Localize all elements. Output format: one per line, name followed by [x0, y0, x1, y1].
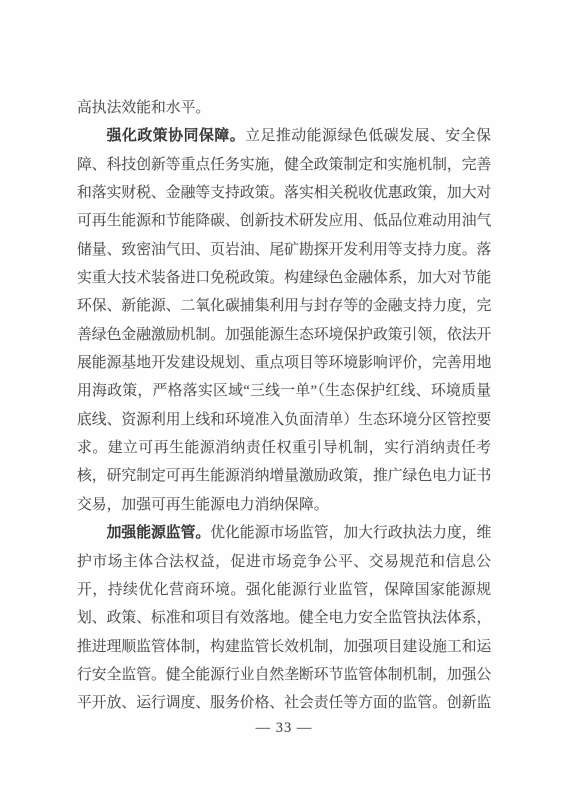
- page-number: — 33 —: [77, 719, 491, 737]
- paragraph-lead: 加强能源监管。: [107, 525, 211, 541]
- document-page: 高执法效能和水平。 强化政策协同保障。立足推动能源绿色低碳发展、安全保 障、科技…: [0, 0, 566, 800]
- text-line: 障、科技创新等重点任务实施，健全政策制定和实施机制，完善: [77, 151, 491, 179]
- text-line: 核，研究制定可再生能源消纳增量激励政策，推广绿色电力证书: [77, 462, 491, 490]
- text-line: 强化政策协同保障。立足推动能源绿色低碳发展、安全保: [77, 122, 491, 150]
- text-line-body: 立足推动能源绿色低碳发展、安全保: [245, 128, 491, 144]
- text-line: 环保、新能源、二氧化碳捕集利用与封存等的金融支持力度，完: [77, 292, 491, 320]
- text-line: 开，持续优化营商环境。强化能源行业监管，保障国家能源规: [77, 576, 491, 604]
- text-line: 平开放、运行调度、服务价格、社会责任等方面的监管。创新监: [77, 689, 491, 717]
- text-line: 护市场主体合法权益，促进市场竞争公平、交易规范和信息公: [77, 548, 491, 576]
- text-line: 求。建立可再生能源消纳责任权重引导机制，实行消纳责任考: [77, 434, 491, 462]
- text-line-body: 优化能源市场监管，加大行政执法力度，维: [210, 525, 491, 541]
- text-line: 用海政策，严格落实区域“三线一单”（生态保护红线、环境质量: [77, 377, 491, 405]
- text-line: 划、政策、标准和项目有效落地。健全电力安全监管执法体系，: [77, 604, 491, 632]
- text-line: 善绿色金融激励机制。加强能源生态环境保护政策引领，依法开: [77, 321, 491, 349]
- text-line: 加强能源监管。优化能源市场监管，加大行政执法力度，维: [77, 519, 491, 547]
- paragraph-lead: 强化政策协同保障。: [107, 128, 246, 144]
- text-line: 高执法效能和水平。: [77, 94, 491, 122]
- text-line: 行安全监管。健全能源行业自然垄断环节监管体制机制，加强公: [77, 661, 491, 689]
- text-line: 交易，加强可再生能源电力消纳保障。: [77, 491, 491, 519]
- text-line: 和落实财税、金融等支持政策。落实相关税收优惠政策，加大对: [77, 179, 491, 207]
- text-line: 可再生能源和节能降碳、创新技术研发应用、低品位难动用油气: [77, 207, 491, 235]
- document-text-block: 高执法效能和水平。 强化政策协同保障。立足推动能源绿色低碳发展、安全保 障、科技…: [77, 94, 491, 718]
- text-line: 推进理顺监管体制，构建监管长效机制，加强项目建设施工和运: [77, 633, 491, 661]
- text-line: 底线、资源利用上线和环境准入负面清单）生态环境分区管控要: [77, 406, 491, 434]
- text-line: 展能源基地开发建设规划、重点项目等环境影响评价，完善用地: [77, 349, 491, 377]
- text-line: 实重大技术装备进口免税政策。构建绿色金融体系，加大对节能: [77, 264, 491, 292]
- text-line: 储量、致密油气田、页岩油、尾矿勘探开发利用等支持力度。落: [77, 236, 491, 264]
